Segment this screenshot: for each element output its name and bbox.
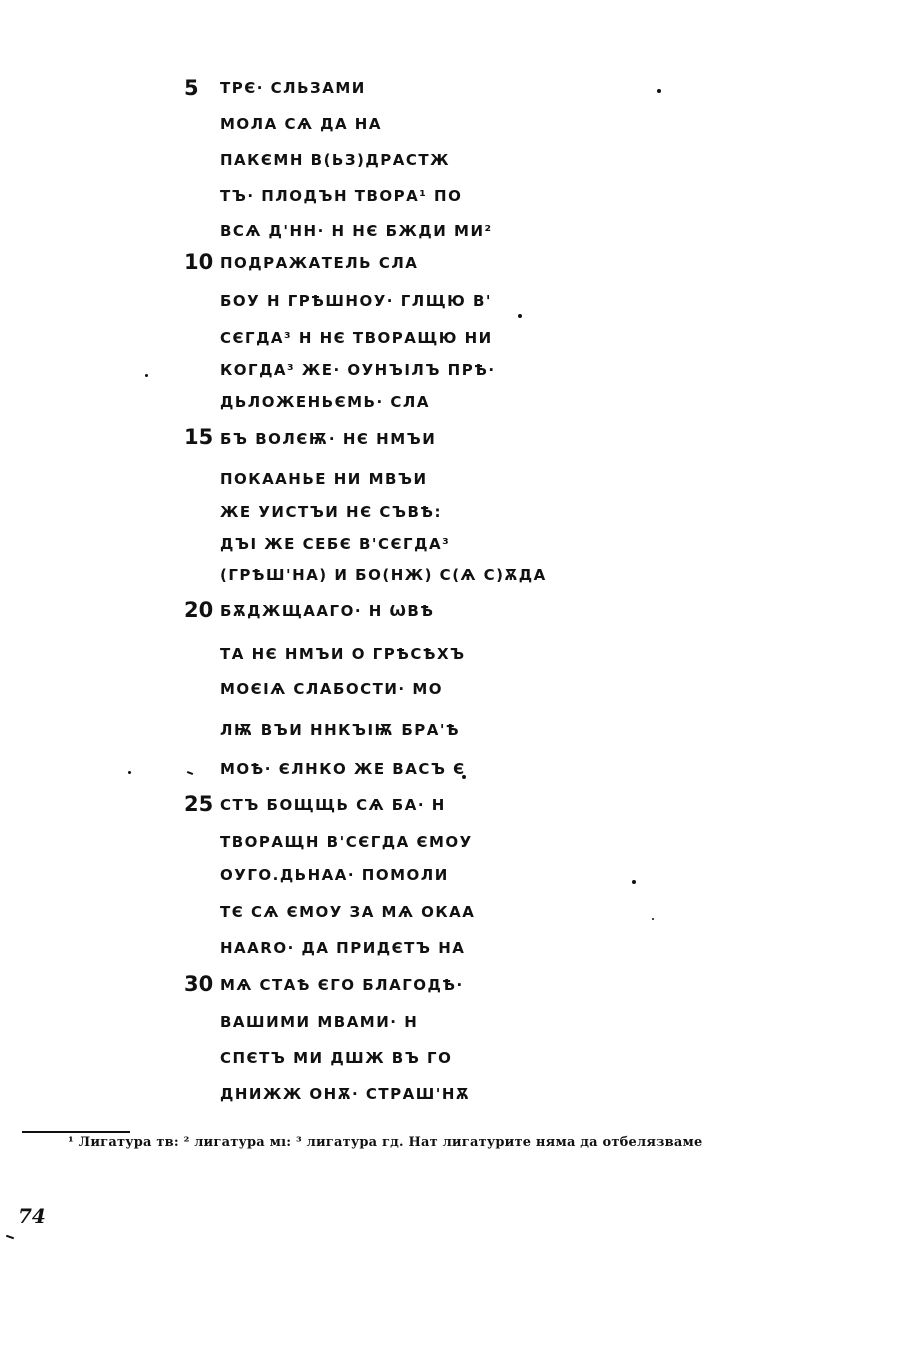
verse-line: же уистъи нє съвѣ:: [220, 497, 442, 527]
verse-line: вашими мвами· н: [220, 1007, 418, 1037]
verse-line: трє· сльзами: [220, 73, 366, 103]
verse-line: моѣ· єлнко же васъ є: [220, 754, 466, 784]
footnote-rule: [22, 1131, 130, 1133]
verse-line: лѭ въи ннкъıѭ бра'ѣ: [220, 715, 460, 745]
verse-line: стъ бощщь сѧ ба· н: [220, 790, 446, 820]
verse-line: та нє нмъи о грѣсѣхъ: [220, 639, 466, 669]
verse-line: пакємн в(ьз)драстж: [220, 145, 450, 175]
scan-speck: [145, 374, 148, 377]
verse-line: дьложеньємь· сла: [220, 387, 430, 417]
scan-mark: [6, 1235, 14, 1240]
verse-line: бѫджщаагo· н ѡвѣ: [220, 596, 434, 626]
document-page: 5 трє· сльзами мола сѧ да на пакємн в(ьз…: [0, 0, 900, 1364]
line-number: 20: [184, 595, 216, 625]
verse-line: моєıѧ слабости· мо: [220, 674, 443, 704]
scan-speck: [518, 314, 522, 318]
line-number: 15: [184, 422, 216, 452]
scan-speck: [652, 918, 654, 920]
verse-line: спєтъ ми дшж въ го: [220, 1043, 452, 1073]
verse-line: сєгда³ н нє творащю ни: [220, 323, 493, 353]
verse-line: дъı же себє в'сєгда³: [220, 529, 450, 559]
scan-speck: [657, 89, 661, 93]
line-number: 30: [184, 969, 216, 999]
verse-line: боу н грѣшноу· глщю в': [220, 286, 492, 316]
verse-line: когда³ же· оунъıлъ прѣ·: [220, 355, 496, 385]
footnote: ¹ Лигатура тв: ² лигатура мı: ³ лигатура…: [68, 1135, 702, 1150]
verse-line: оуго.дьнаа· Помоли: [220, 860, 449, 890]
verse-line: мола сѧ да на: [220, 109, 382, 139]
verse-line: тъ· плодън твора¹ по: [220, 181, 462, 211]
scan-speck: [128, 771, 131, 774]
verse-line: тє сѧ ємоу за мѧ окаа: [220, 897, 475, 927]
verse-line: творащн в'сєгда ємоу: [220, 827, 473, 857]
verse-line: бъ волєѭ· нє нмъи: [220, 424, 436, 454]
page-number: 74: [18, 1204, 46, 1228]
scan-speck: [462, 775, 466, 779]
scan-speck: [632, 880, 636, 884]
verse-line: подражатель сла: [220, 248, 418, 278]
line-number: 10: [184, 247, 216, 277]
verse-line: покаанье ни мвъи: [220, 464, 428, 494]
scan-mark: [187, 771, 193, 775]
line-number: 5: [184, 73, 216, 103]
line-number: 25: [184, 789, 216, 819]
verse-line: всѧ д'нн· н нє бжди ми²: [220, 216, 493, 246]
verse-line: мѧ стаѣ єго благодѣ·: [220, 970, 464, 1000]
verse-line: (грѣш'на) и бо(нж) с(ѧ с)ѫда: [220, 560, 547, 590]
verse-line: днижж онѫ· страш'нѫ: [220, 1079, 470, 1109]
verse-line: нaaro· да придєтъ на: [220, 933, 465, 963]
